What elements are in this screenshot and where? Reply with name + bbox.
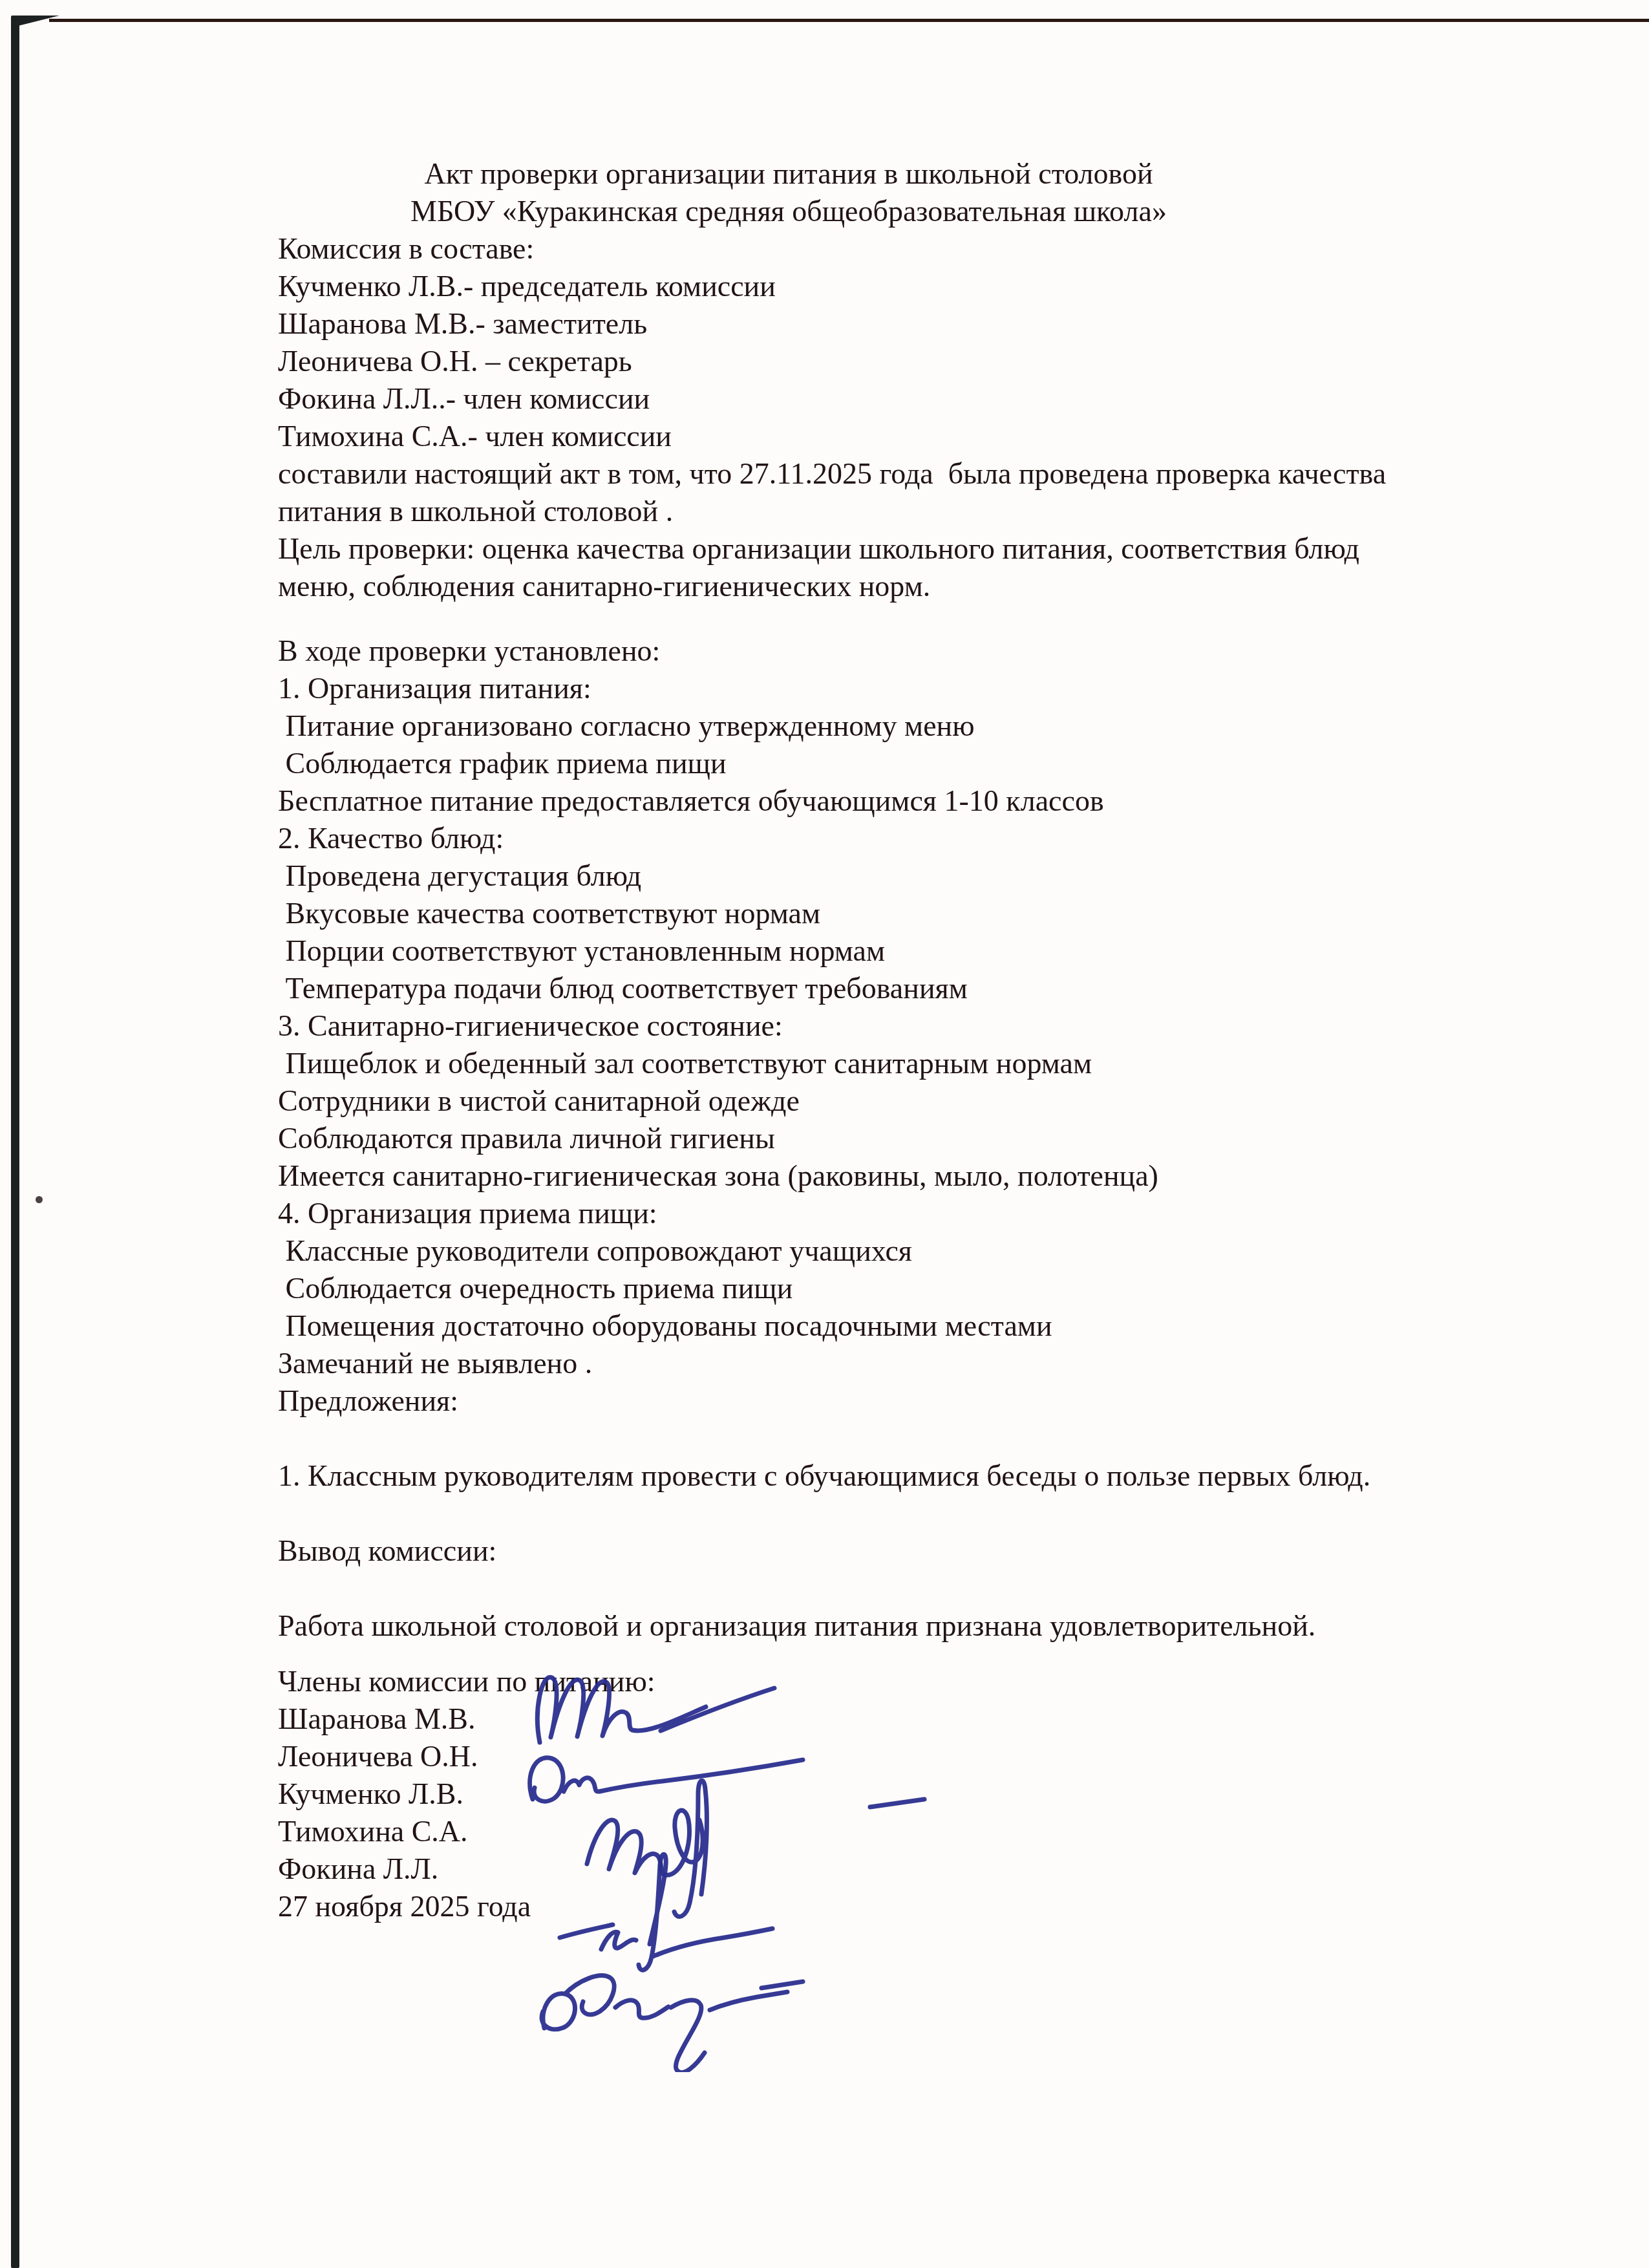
document-line: Вкусовые качества соответствуют нормам (278, 895, 1519, 932)
document-line: Фокина Л.Л..- член комиссии (278, 380, 1519, 418)
document-line: Классные руководители сопровождают учащи… (278, 1232, 1519, 1270)
document-line: Температура подачи блюд соответствует тр… (278, 970, 1519, 1007)
intro-section: Комиссия в составе:Кучменко Л.В.- предсе… (278, 230, 1519, 605)
document-line: Цель проверки: оценка качества организац… (278, 530, 1519, 568)
document-line: Шаранова М.В.- заместитель (278, 305, 1519, 343)
blank-space (278, 1570, 1519, 1607)
signer-name-line: Фокина Л.Л. (278, 1850, 1519, 1888)
findings-section: В ходе проверки установлено:1. Организац… (278, 632, 1519, 1420)
document-line: Соблюдается очередность приема пищи (278, 1270, 1519, 1307)
scan-left-edge-artifact (11, 16, 19, 2268)
scanned-document-page: Акт проверки организации питания в школь… (0, 0, 1649, 2268)
proposal-line: 1. Классным руководителям провести с обу… (278, 1457, 1519, 1495)
document-line: Кучменко Л.В.- председатель комиссии (278, 268, 1519, 305)
document-line: 4. Организация приема пищи: (278, 1195, 1519, 1232)
signer-name-line: Шаранова М.В. (278, 1700, 1519, 1738)
document-line: Пищеблок и обеденный зал соответствуют с… (278, 1045, 1519, 1082)
document-line: 3. Санитарно-гигиеническое состояние: (278, 1007, 1519, 1045)
conclusion-line: Работа школьной столовой и организация п… (278, 1607, 1519, 1645)
document-line: 1. Организация питания: (278, 670, 1519, 707)
signer-name-line: Тимохина С.А. (278, 1813, 1519, 1850)
document-line: Комиссия в составе: (278, 230, 1519, 268)
signature-fokina (542, 1976, 803, 2072)
stray-ink-dot (36, 1196, 43, 1203)
document-line: В ходе проверки установлено: (278, 632, 1519, 670)
signers-heading: Члены комиссии по питанию: (278, 1663, 1519, 1700)
blank-space (278, 1495, 1519, 1532)
document-line: Питание организовано согласно утвержденн… (278, 707, 1519, 745)
document-line: Бесплатное питание предоставляется обуча… (278, 782, 1519, 820)
document-date: 27 ноября 2025 года (278, 1888, 1519, 1925)
document-line: Сотрудники в чистой санитарной одежде (278, 1082, 1519, 1120)
document-line: Тимохина С.А.- член комиссии (278, 418, 1519, 455)
document-line: составили настоящий акт в том, что 27.11… (278, 455, 1519, 493)
document-line: Проведена дегустация блюд (278, 857, 1519, 895)
blank-space (278, 1645, 1519, 1663)
document-line: Соблюдаются правила личной гигиены (278, 1120, 1519, 1157)
document-line: питания в школьной столовой . (278, 493, 1519, 530)
document-title-line1: Акт проверки организации питания в школь… (278, 155, 1299, 193)
document-line: Замечаний не выявлено . (278, 1345, 1519, 1382)
document-line: Имеется санитарно-гигиеническая зона (ра… (278, 1157, 1519, 1195)
document-line: Леоничева О.Н. – секретарь (278, 343, 1519, 380)
signer-name-line: Кучменко Л.В. (278, 1775, 1519, 1813)
document-body: Акт проверки организации питания в школь… (278, 155, 1519, 1925)
blank-space (278, 1420, 1519, 1457)
document-line: Предложения: (278, 1382, 1519, 1420)
document-title-line2: МБОУ «Куракинская средняя общеобразовате… (278, 193, 1299, 230)
document-line: Помещения достаточно оборудованы посадоч… (278, 1307, 1519, 1345)
document-line: Порции соответствуют установленным норма… (278, 932, 1519, 970)
signer-name-line: Леоничева О.Н. (278, 1738, 1519, 1775)
document-line: меню, соблюдения санитарно-гигиенических… (278, 568, 1519, 605)
conclusion-heading: Вывод комиссии: (278, 1532, 1519, 1570)
document-line: Соблюдается график приема пищи (278, 745, 1519, 782)
scan-top-line-artifact (49, 19, 1649, 22)
blank-space (278, 605, 1519, 632)
signer-name-lines: Шаранова М.В.Леоничева О.Н.Кучменко Л.В.… (278, 1700, 1519, 1888)
document-line: 2. Качество блюд: (278, 820, 1519, 857)
